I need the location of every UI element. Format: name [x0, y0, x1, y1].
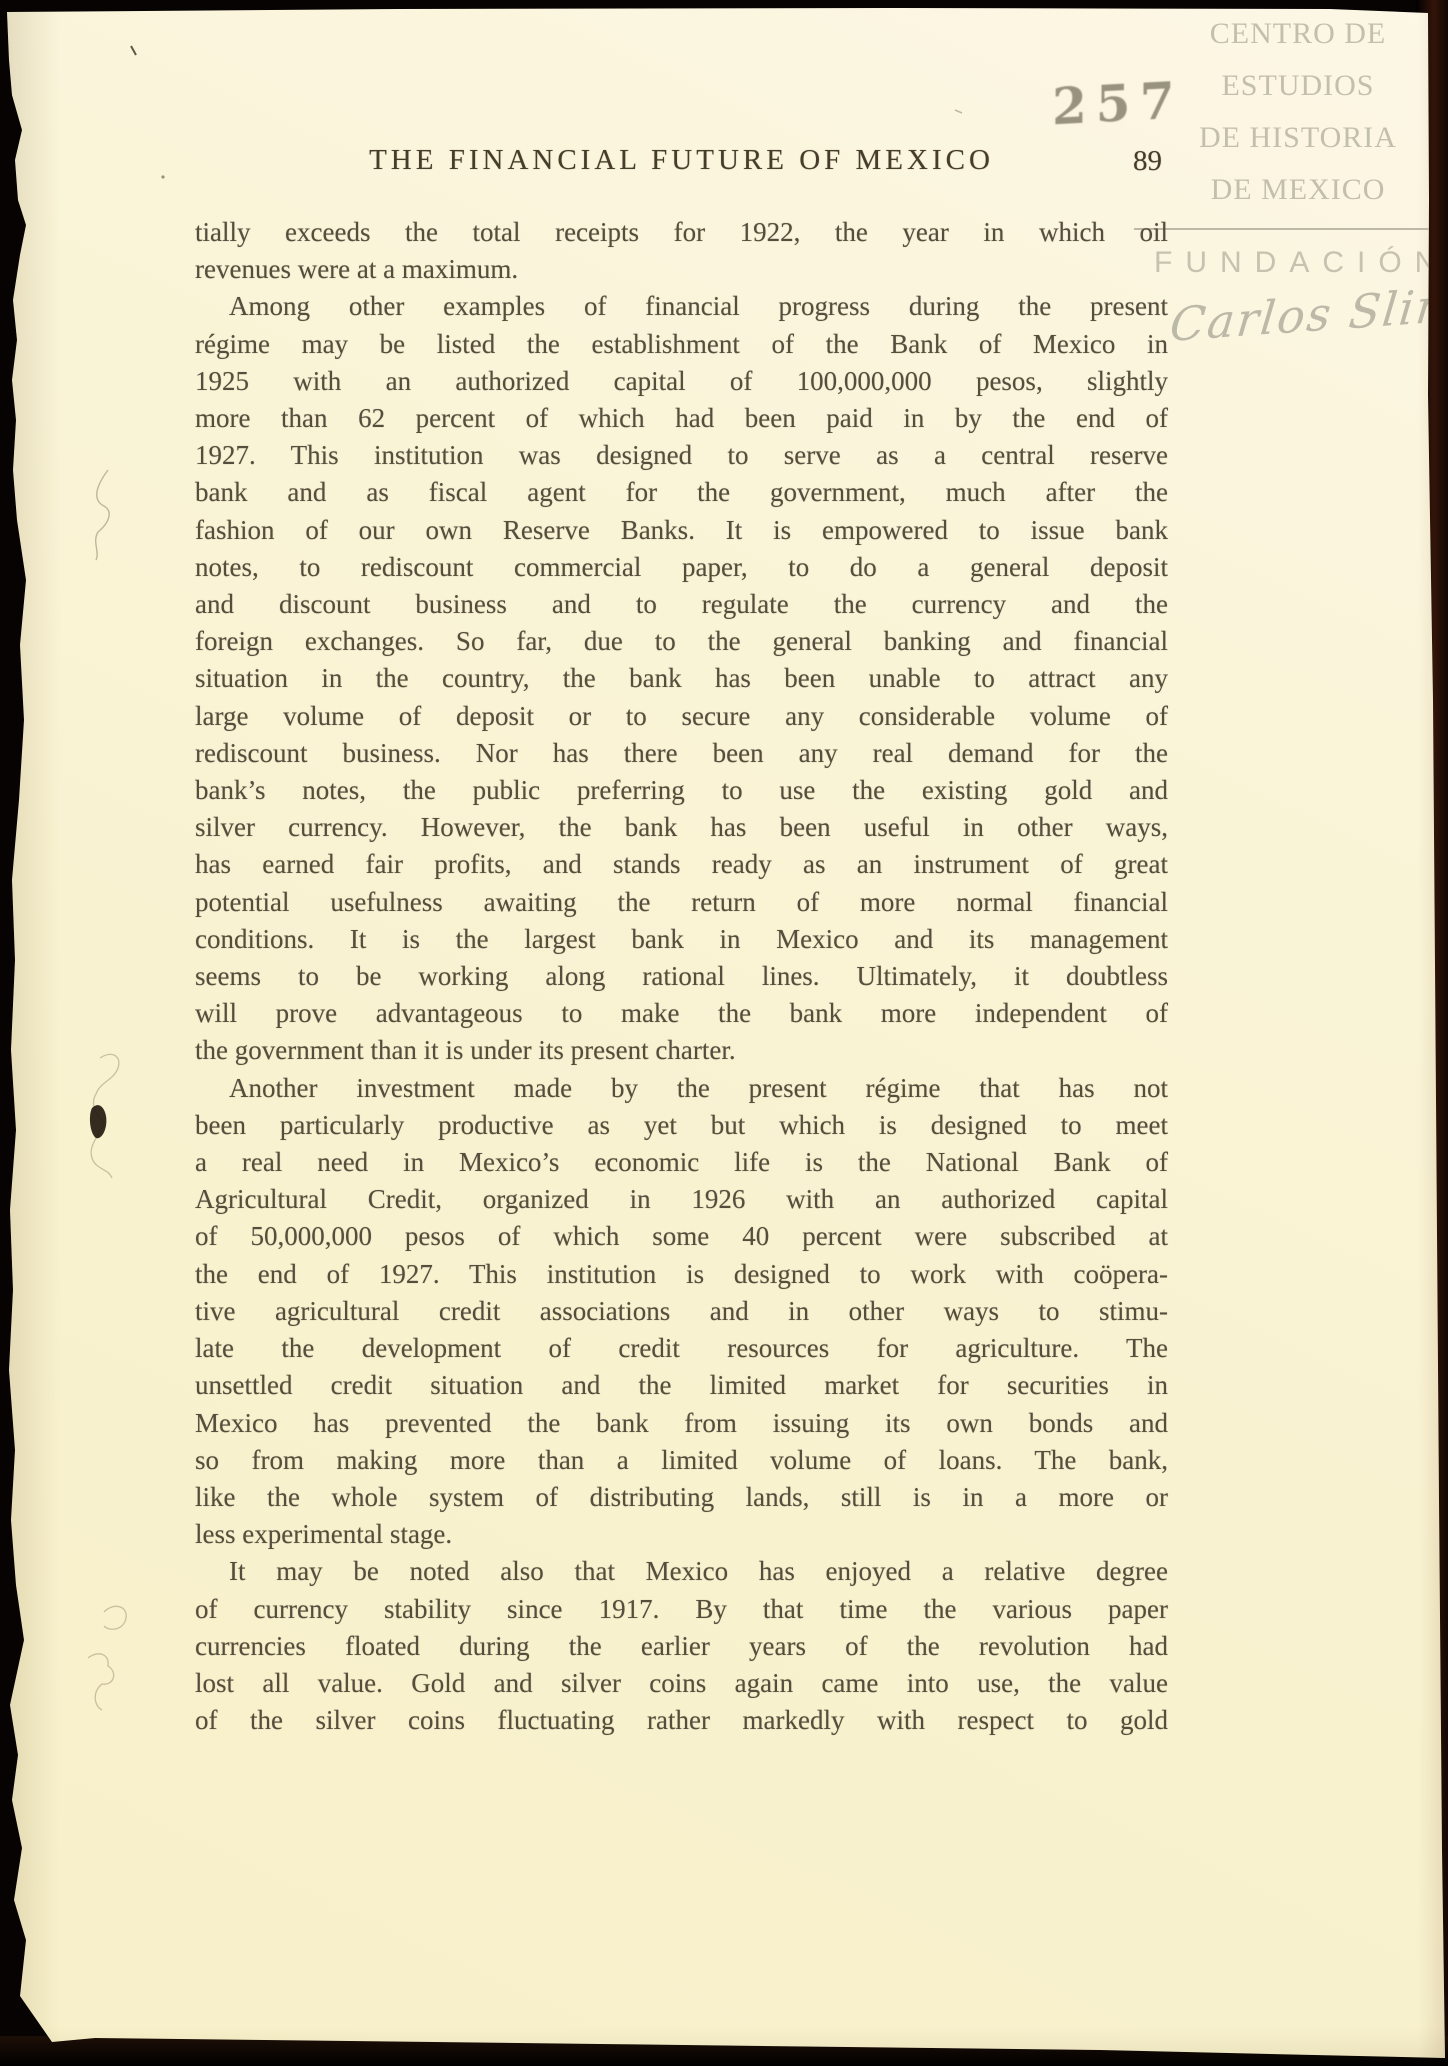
- page-title: THE FINANCIAL FUTURE OF MEXICO: [195, 144, 1168, 177]
- text-line: notes, to rediscount commercial paper, t…: [195, 549, 1168, 586]
- pencil-mark-icon: [91, 1054, 119, 1178]
- text-line: fashion of our own Reserve Banks. It is …: [195, 512, 1168, 549]
- watermark-line: DE HISTORIA: [1148, 112, 1448, 164]
- speck-icon: [161, 175, 164, 178]
- text-line: been particularly productive as yet but …: [195, 1107, 1168, 1144]
- watermark-signature: Carlos Slim: [1167, 278, 1448, 352]
- ink-blot-icon: [90, 1105, 106, 1138]
- scanned-page: THE FINANCIAL FUTURE OF MEXICO 89 257 CE…: [0, 0, 1448, 2066]
- text-line: the end of 1927. This institution is des…: [195, 1256, 1168, 1293]
- body-text: tially exceeds the total receipts for 19…: [195, 214, 1168, 1739]
- text-line: bank’s notes, the public preferring to u…: [195, 772, 1168, 809]
- text-line: less experimental stage.: [195, 1516, 1168, 1553]
- text-line: of the silver coins fluctuating rather m…: [195, 1702, 1168, 1739]
- text-line: like the whole system of distributing la…: [195, 1479, 1168, 1516]
- text-line: 1925 with an authorized capital of 100,0…: [195, 363, 1168, 400]
- text-line: tive agricultural credit associations an…: [195, 1293, 1168, 1330]
- text-line: 1927. This institution was designed to s…: [195, 437, 1168, 474]
- text-line: bank and as fiscal agent for the governm…: [195, 474, 1168, 511]
- text-line: seems to be working along rational lines…: [195, 958, 1168, 995]
- text-line: régime may be listed the establishment o…: [195, 326, 1168, 363]
- text-line: unsettled credit situation and the limit…: [195, 1367, 1168, 1404]
- text-line: rediscount business. Nor has there been …: [195, 735, 1168, 772]
- watermark-line: CENTRO DE: [1148, 8, 1448, 60]
- text-line: conditions. It is the largest bank in Me…: [195, 921, 1168, 958]
- text-line: Agricultural Credit, organized in 1926 w…: [195, 1181, 1168, 1218]
- text-line: of 50,000,000 pesos of which some 40 per…: [195, 1218, 1168, 1255]
- text-line: and discount business and to regulate th…: [195, 586, 1168, 623]
- pencil-mark-icon: [96, 470, 109, 560]
- text-line: the government than it is under its pres…: [195, 1032, 1168, 1069]
- watermark-line: DE MEXICO: [1148, 164, 1448, 216]
- text-line: currencies floated during the earlier ye…: [195, 1628, 1168, 1665]
- text-line: late the development of credit resources…: [195, 1330, 1168, 1367]
- text-line: has earned fair profits, and stands read…: [195, 846, 1168, 883]
- text-line: Among other examples of financial progre…: [195, 288, 1168, 325]
- text-line: revenues were at a maximum.: [195, 251, 1168, 288]
- text-line: It may be noted also that Mexico has enj…: [195, 1553, 1168, 1590]
- text-line: will prove advantageous to make the bank…: [195, 995, 1168, 1032]
- text-line: tially exceeds the total receipts for 19…: [195, 214, 1168, 251]
- text-line: Another investment made by the present r…: [195, 1070, 1168, 1107]
- text-line: so from making more than a limited volum…: [195, 1442, 1168, 1479]
- text-line: silver currency. However, the bank has b…: [195, 809, 1168, 846]
- text-line: situation in the country, the bank has b…: [195, 660, 1168, 697]
- speck-icon: [955, 110, 962, 113]
- text-line: a real need in Mexico’s economic life is…: [195, 1144, 1168, 1181]
- speck-icon: [131, 46, 136, 55]
- text-line: lost all value. Gold and silver coins ag…: [195, 1665, 1168, 1702]
- text-line: more than 62 percent of which had been p…: [195, 400, 1168, 437]
- pencil-mark-icon: [88, 1606, 126, 1710]
- book-page: THE FINANCIAL FUTURE OF MEXICO 89 257 CE…: [0, 0, 1448, 2066]
- text-line: of currency stability since 1917. By tha…: [195, 1591, 1168, 1628]
- watermark: CENTRO DE ESTUDIOS DE HISTORIA DE MEXICO…: [1148, 8, 1448, 342]
- running-header: THE FINANCIAL FUTURE OF MEXICO 89: [195, 144, 1168, 186]
- text-line: foreign exchanges. So far, due to the ge…: [195, 623, 1168, 660]
- text-line: Mexico has prevented the bank from issui…: [195, 1405, 1168, 1442]
- text-line: large volume of deposit or to secure any…: [195, 698, 1168, 735]
- watermark-foundation: FUNDACIÓN: [1154, 246, 1448, 280]
- watermark-divider: [1134, 228, 1448, 230]
- text-line: potential usefulness awaiting the return…: [195, 884, 1168, 921]
- watermark-line: ESTUDIOS: [1148, 60, 1448, 112]
